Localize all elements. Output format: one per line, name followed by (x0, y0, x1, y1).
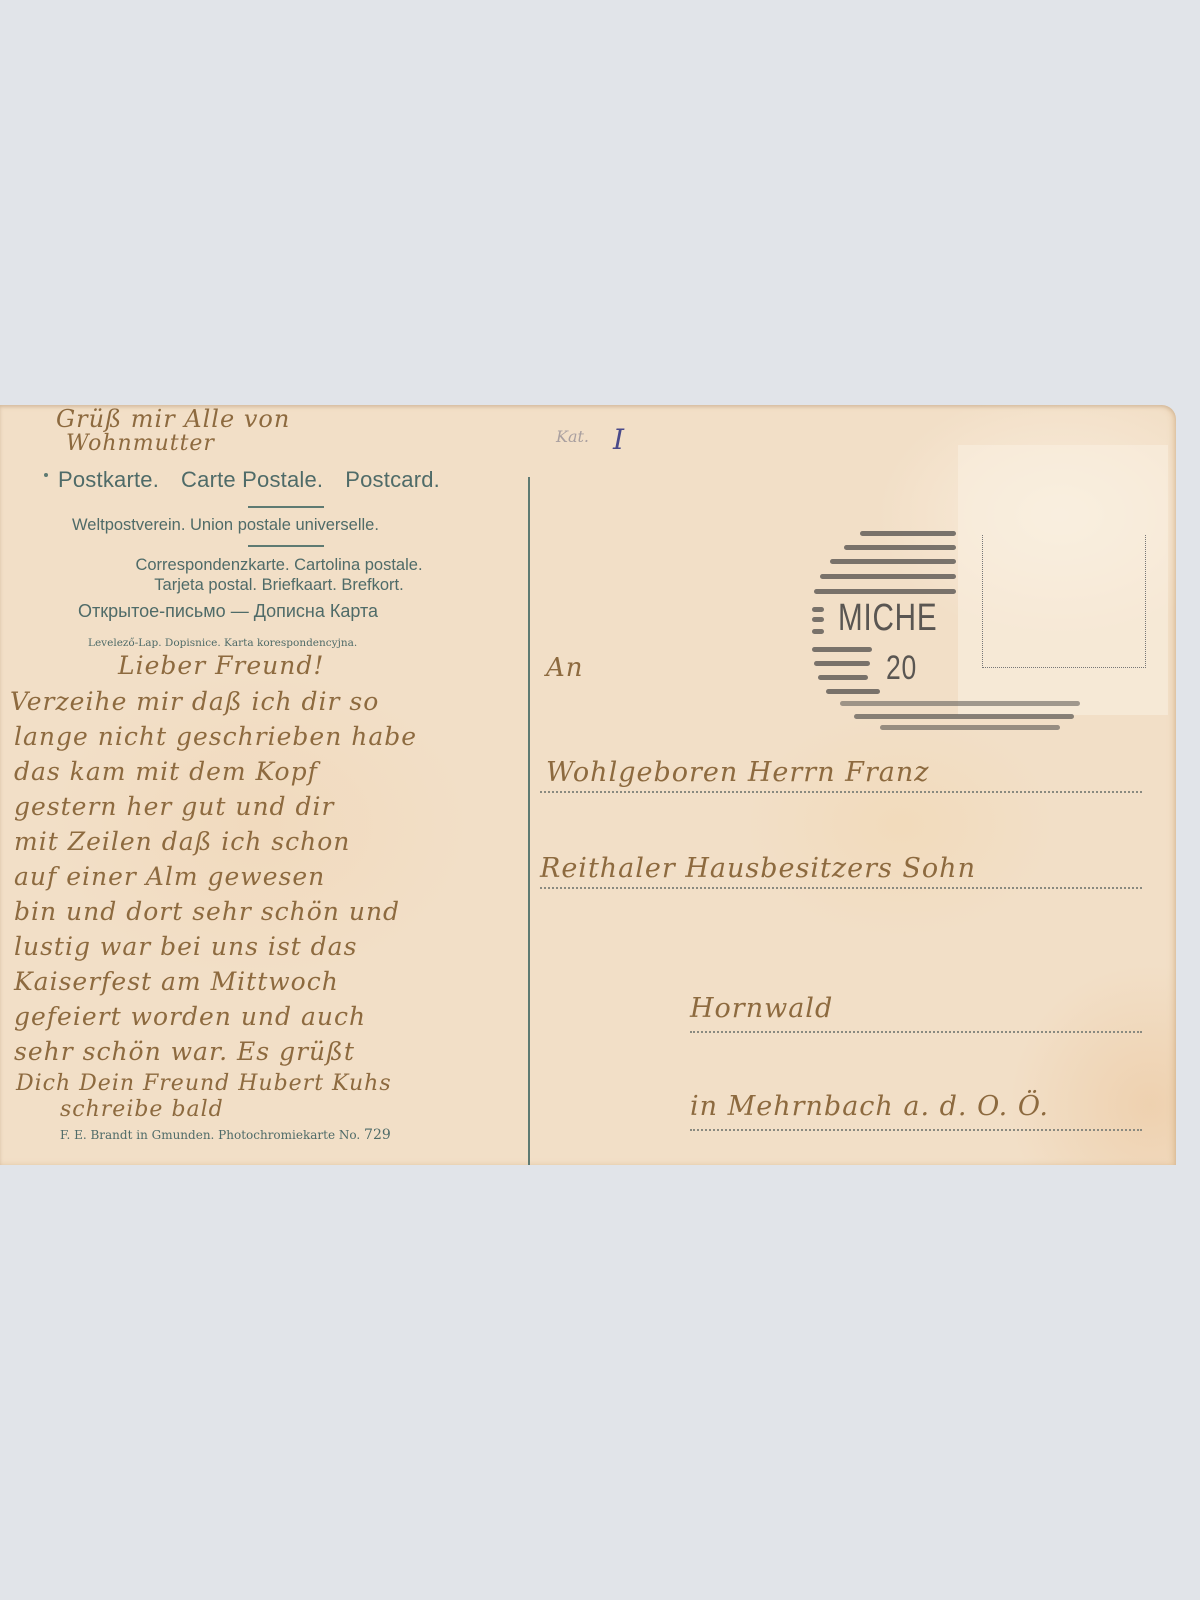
address-line-1: Wohlgeboren Herrn Franz (546, 757, 930, 788)
title-french: Carte Postale. (181, 467, 323, 492)
address-rule-3 (690, 1031, 1142, 1033)
center-divider (528, 477, 530, 1165)
message-line: auf einer Alm gewesen (14, 862, 325, 891)
message-line: lange nicht geschrieben habe (14, 722, 417, 751)
address-line-3: Hornwald (690, 993, 833, 1024)
address-rule-2 (540, 887, 1142, 889)
message-line: lustig war bei uns ist das (14, 932, 357, 961)
closing-line-2: schreibe bald (60, 1097, 224, 1122)
roman-numeral-note: I (613, 423, 624, 456)
title-english: Postcard. (345, 467, 440, 492)
languages-line-1: Correspondenzkarte. Cartolina postale. (86, 555, 472, 575)
title-german: Postkarte. (58, 467, 159, 492)
imprint-number: 729 (364, 1127, 391, 1143)
address-line-2: Reithaler Hausbesitzers Sohn (540, 853, 976, 884)
address-rule-1 (540, 791, 1142, 793)
message-line: Verzeihe mir daß ich dir so (10, 687, 379, 716)
postcard: Grüß mir Alle von Wohnmutter Postkarte.C… (0, 405, 1176, 1165)
postmark-day: 20 (886, 649, 917, 688)
publisher-imprint: F. E. Brandt in Gmunden. Photochromiekar… (60, 1127, 391, 1143)
message-line: das kam mit dem Kopf (14, 757, 318, 786)
salutation: Lieber Freund! (118, 651, 324, 680)
upu-rule (248, 545, 324, 547)
printed-dot (44, 473, 48, 477)
message-line: sehr schön war. Es grüßt (14, 1037, 355, 1066)
header-rule (248, 506, 324, 508)
address-line-4: in Mehrnbach a. d. O. Ö. (690, 1091, 1049, 1122)
message-line: gestern her gut und dir (14, 792, 334, 821)
message-line: gefeiert worden und auch (14, 1002, 366, 1031)
message-line: bin und dort sehr schön und (14, 897, 400, 926)
closing-line-1: Dich Dein Freund Hubert Kuhs (16, 1071, 392, 1096)
top-note-line-2: Wohnmutter (66, 431, 215, 456)
postcard-title: Postkarte.Carte Postale.Postcard. (58, 467, 462, 493)
languages-block: Correspondenzkarte. Cartolina postale. T… (86, 555, 472, 595)
address-rule-4 (690, 1129, 1142, 1131)
address-prefix: An (546, 653, 584, 683)
message-line: Kaiserfest am Mittwoch (14, 967, 339, 996)
languages-line-2: Tarjeta postal. Briefkaart. Brefkort. (86, 575, 472, 595)
cyrillic-line: Открытое-письмо — Дописна Карта (78, 601, 378, 622)
pencil-note: Kat. (556, 427, 589, 446)
small-languages-line: Levelező-Lap. Dopisnice. Karta korespond… (88, 637, 357, 649)
imprint-text: F. E. Brandt in Gmunden. Photochromiekar… (60, 1128, 360, 1142)
top-note-line-1: Grüß mir Alle von (56, 405, 290, 433)
postmark-place: MICHE (838, 597, 937, 640)
stamp-placeholder-box (982, 535, 1146, 668)
message-line: mit Zeilen daß ich schon (14, 827, 350, 856)
upu-line: Weltpostverein. Union postale universell… (72, 516, 379, 535)
